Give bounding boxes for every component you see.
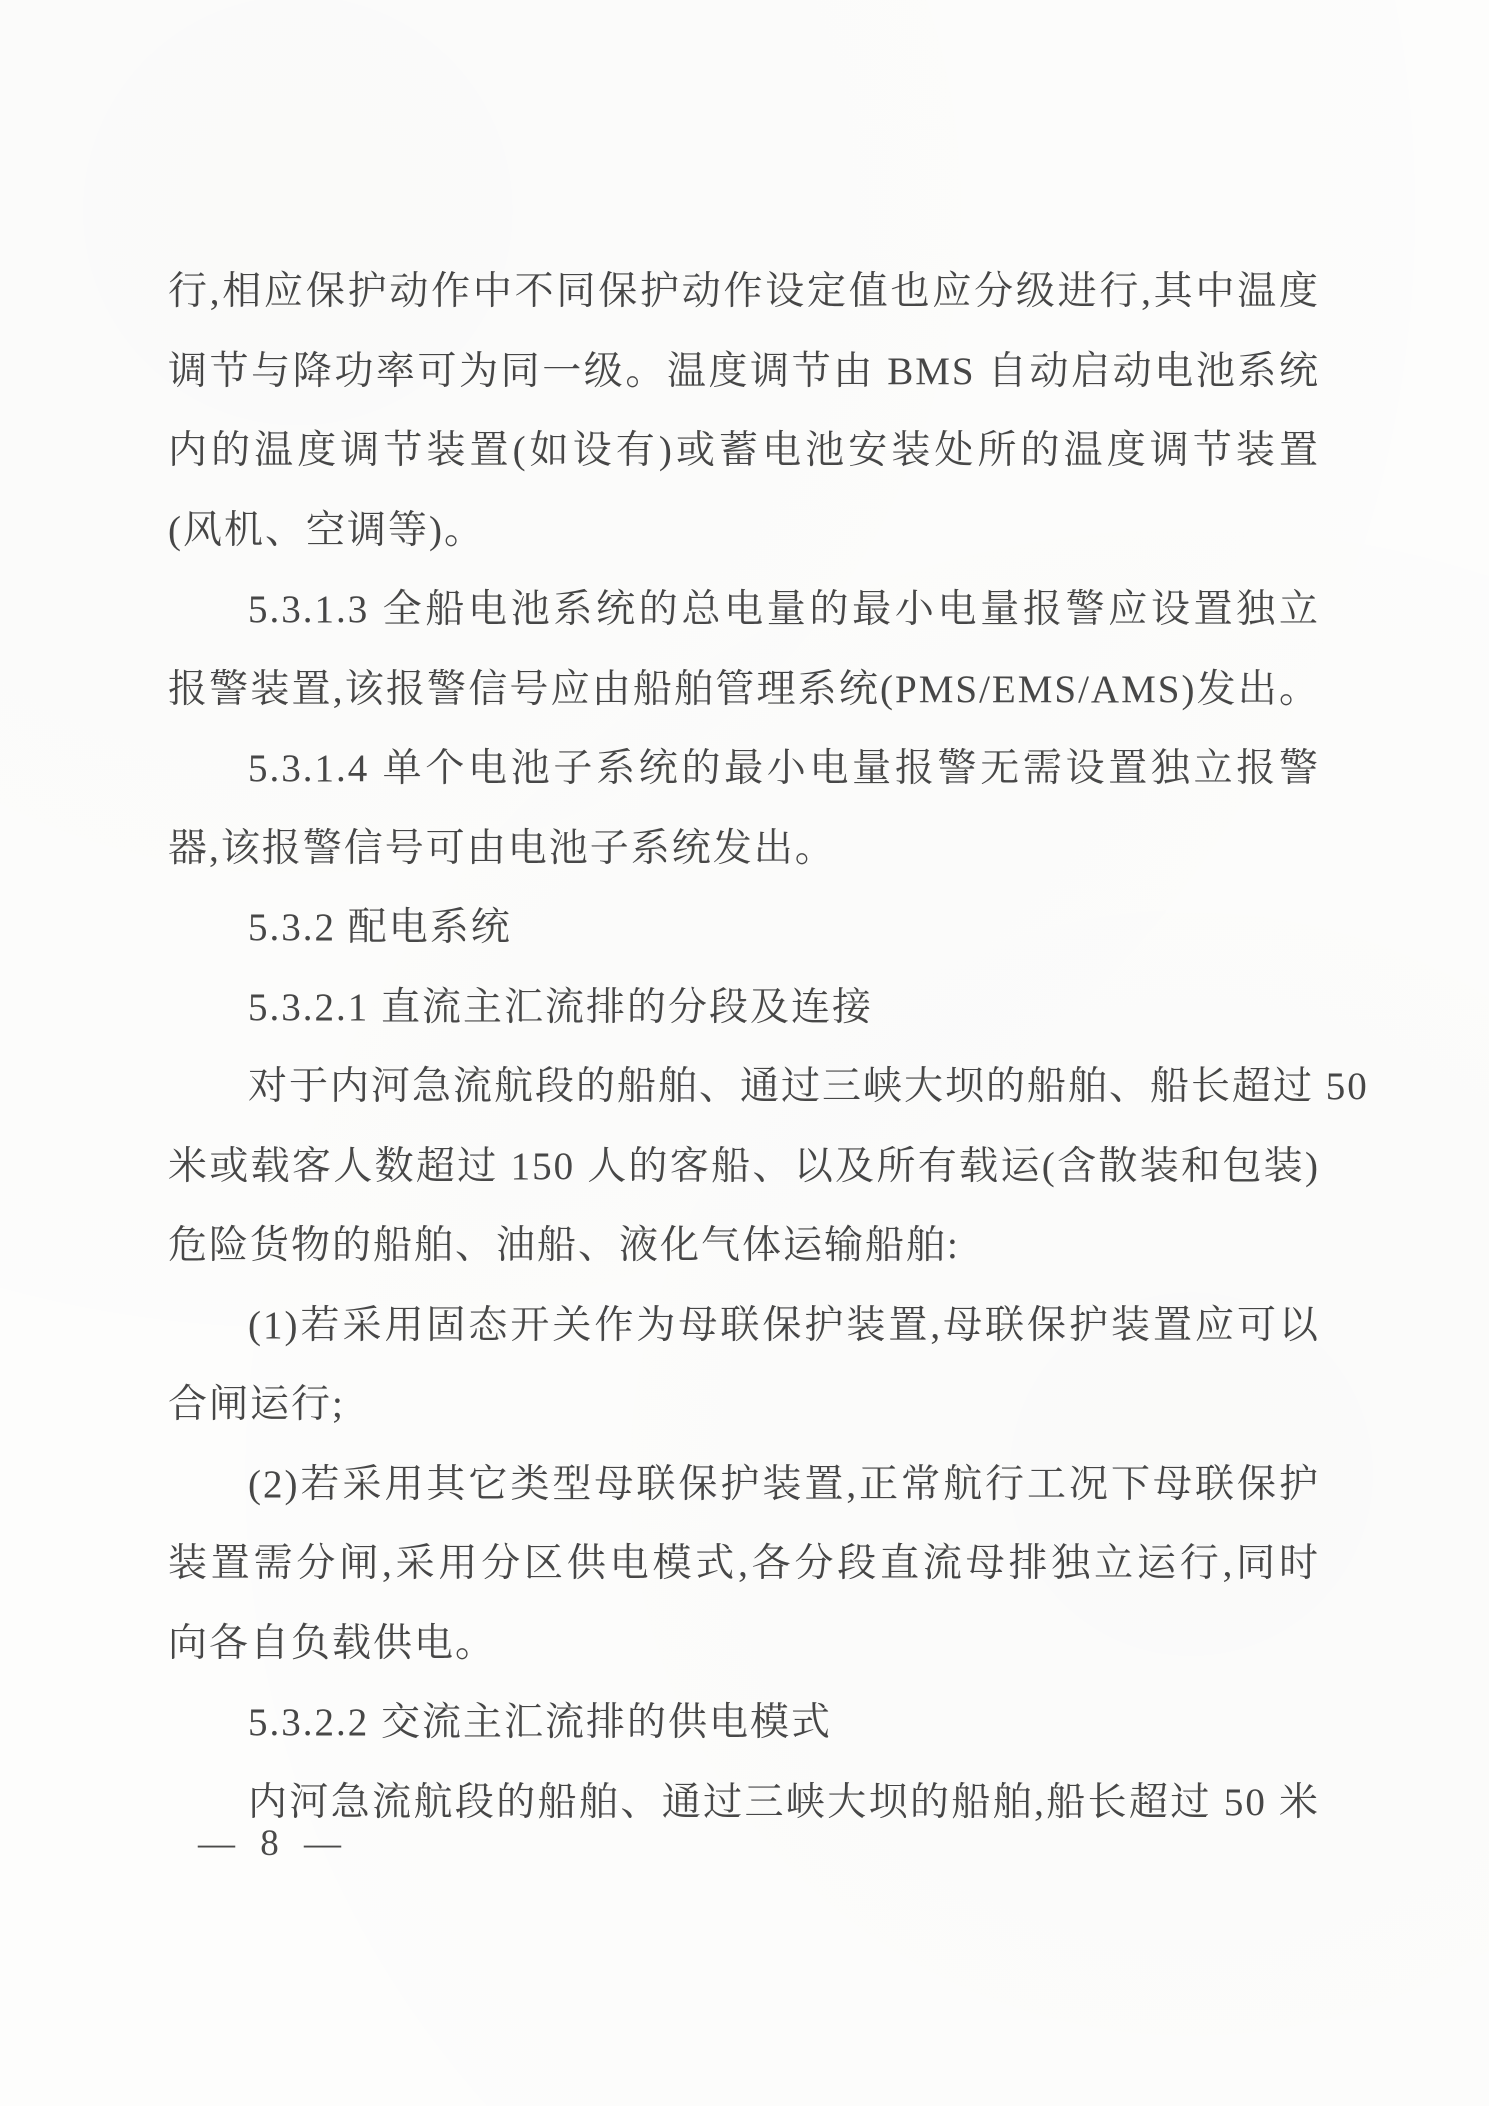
- section-heading-line: 5.3.2 配电系统: [168, 888, 1320, 968]
- text-line: (风机、空调等)。: [168, 491, 1320, 571]
- list-item-line: (2)若采用其它类型母联保护装置,正常航行工况下母联保护: [168, 1445, 1320, 1525]
- text-line: 报警装置,该报警信号应由船舶管理系统(PMS/EMS/AMS)发出。: [168, 650, 1320, 730]
- text-line: 装置需分闸,采用分区供电模式,各分段直流母排独立运行,同时: [168, 1524, 1320, 1604]
- section-heading-line: 5.3.1.4 单个电池子系统的最小电量报警无需设置独立报警: [168, 729, 1320, 809]
- text-line: 米或载客人数超过 150 人的客船、以及所有载运(含散装和包装): [168, 1127, 1320, 1207]
- list-item-line: (1)若采用固态开关作为母联保护装置,母联保护装置应可以: [168, 1286, 1320, 1366]
- text-line: 内的温度调节装置(如设有)或蓄电池安装处所的温度调节装置: [168, 411, 1320, 491]
- text-line: 调节与降功率可为同一级。温度调节由 BMS 自动启动电池系统: [168, 332, 1320, 412]
- page-number: — 8 —: [198, 1822, 349, 1865]
- text-line: 向各自负载供电。: [168, 1604, 1320, 1684]
- section-heading-line: 5.3.2.1 直流主汇流排的分段及连接: [168, 968, 1320, 1048]
- body-text: 行,相应保护动作中不同保护动作设定值也应分级进行,其中温度 调节与降功率可为同一…: [168, 252, 1320, 1842]
- document-page: 行,相应保护动作中不同保护动作设定值也应分级进行,其中温度 调节与降功率可为同一…: [0, 0, 1489, 2106]
- text-line: 行,相应保护动作中不同保护动作设定值也应分级进行,其中温度: [168, 252, 1320, 332]
- text-line: 合闸运行;: [168, 1365, 1320, 1445]
- section-heading-line: 5.3.2.2 交流主汇流排的供电模式: [168, 1683, 1320, 1763]
- text-line: 器,该报警信号可由电池子系统发出。: [168, 809, 1320, 889]
- section-heading-line: 5.3.1.3 全船电池系统的总电量的最小电量报警应设置独立: [168, 570, 1320, 650]
- text-line: 危险货物的船舶、油船、液化气体运输船舶:: [168, 1206, 1320, 1286]
- text-line: 对于内河急流航段的船舶、通过三峡大坝的船舶、船长超过 50: [168, 1047, 1320, 1127]
